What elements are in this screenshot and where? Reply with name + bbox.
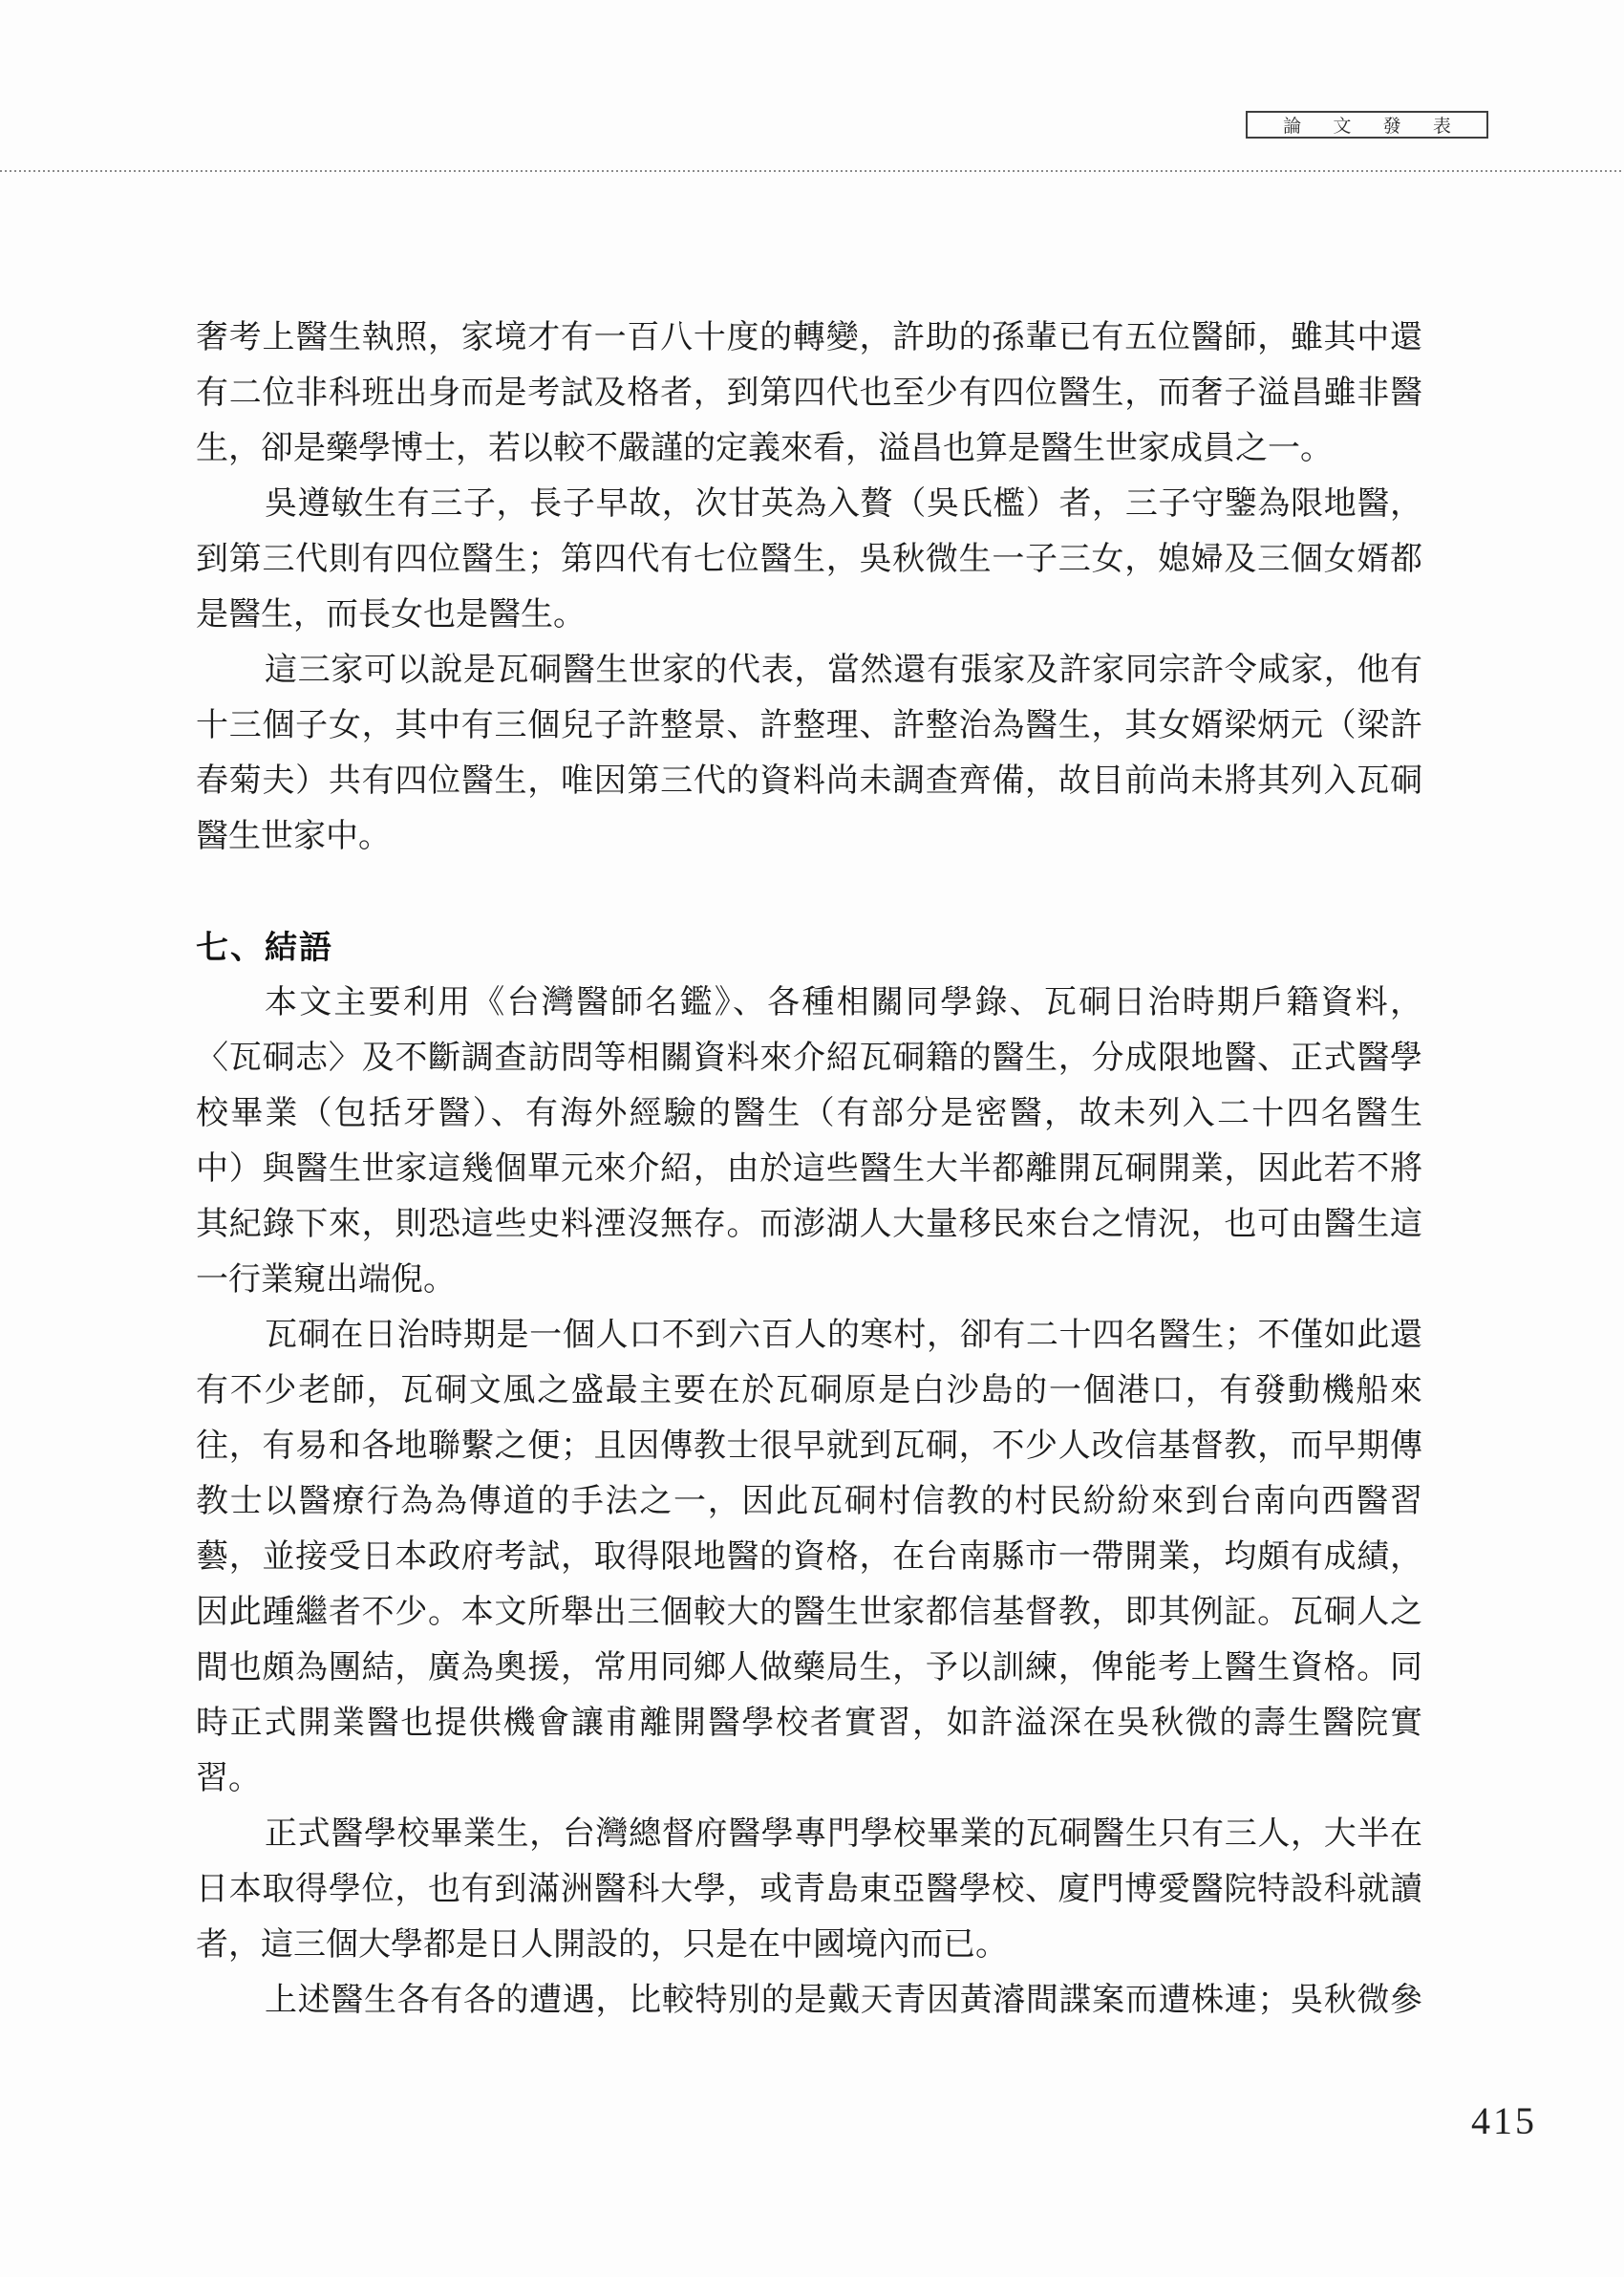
text-line: 有不少老師，瓦硐文風之盛最主要在於瓦硐原是白沙島的一個港口，有發動機船來 — [196, 1364, 1422, 1419]
text-line: 藝，並接受日本政府考試，取得限地醫的資格，在台南縣市一帶開業，均頗有成績， — [196, 1530, 1422, 1585]
header-divider — [0, 170, 1624, 172]
running-head-label: 論 文 發 表 — [1270, 112, 1464, 138]
text-line: 日本取得學位，也有到滿洲醫科大學，或青島東亞醫學校、廈門博愛醫院特設科就讀 — [196, 1862, 1422, 1918]
text-line: 往，有易和各地聯繫之便；且因傳教士很早就到瓦硐，不少人改信基督教，而早期傳 — [196, 1419, 1422, 1474]
text-line: 吳遵敏生有三子，長子早故，次甘英為入贅（吳氏檻）者，三子守鑒為限地醫， — [196, 477, 1422, 532]
text-line: 其紀錄下來，則恐這些史料湮沒無存。而澎湖人大量移民來台之情況，也可由醫生這 — [196, 1197, 1422, 1253]
text-line: 本文主要利用《台灣醫師名鑑》、各種相關同學錄、瓦硐日治時期戶籍資料， — [196, 976, 1422, 1031]
text-line: 上述醫生各有各的遭遇，比較特別的是戴天青因黃濬間諜案而遭株連；吳秋微參 — [196, 1973, 1422, 2029]
text-line: 習。 — [196, 1751, 1422, 1807]
text-line: 中）與醫生世家這幾個單元來介紹，由於這些醫生大半都離開瓦硐開業，因此若不將 — [196, 1142, 1422, 1197]
text-line: 瓦硐在日治時期是一個人口不到六百人的寒村，卻有二十四名醫生；不僅如此還 — [196, 1308, 1422, 1364]
page-body: 奢考上醫生執照，家境才有一百八十度的轉變，許助的孫輩已有五位醫師，雖其中還 有二… — [196, 311, 1422, 2029]
text-line: 者，這三個大學都是日人開設的，只是在中國境內而已。 — [196, 1918, 1422, 1973]
text-line: 〈瓦硐志〉及不斷調查訪問等相關資料來介紹瓦硐籍的醫生，分成限地醫、正式醫學 — [196, 1031, 1422, 1086]
text-line: 間也頗為團結，廣為奧援，常用同鄉人做藥局生，予以訓練，俾能考上醫生資格。同 — [196, 1641, 1422, 1696]
text-line: 校畢業（包括牙醫）、有海外經驗的醫生（有部分是密醫，故未列入二十四名醫生 — [196, 1086, 1422, 1142]
text-line: 到第三代則有四位醫生；第四代有七位醫生，吳秋微生一子三女，媳婦及三個女婿都 — [196, 532, 1422, 588]
text-line: 一行業窺出端倪。 — [196, 1253, 1422, 1308]
page-number: 415 — [1471, 2098, 1537, 2143]
text-line: 奢考上醫生執照，家境才有一百八十度的轉變，許助的孫輩已有五位醫師，雖其中還 — [196, 311, 1422, 366]
text-line: 教士以醫療行為為傳道的手法之一，因此瓦硐村信教的村民紛紛來到台南向西醫習 — [196, 1474, 1422, 1530]
text-line: 醫生世家中。 — [196, 809, 1422, 865]
text-line: 因此踵繼者不少。本文所舉出三個較大的醫生世家都信基督教，即其例証。瓦硐人之 — [196, 1585, 1422, 1641]
text-line: 時正式開業醫也提供機會讓甫離開醫學校者實習，如許溢深在吳秋微的壽生醫院實 — [196, 1696, 1422, 1751]
text-line: 春菊夫）共有四位醫生，唯因第三代的資料尚未調查齊備，故目前尚未將其列入瓦硐 — [196, 754, 1422, 809]
running-head-box: 論 文 發 表 — [1246, 111, 1488, 139]
text-line: 是醫生，而長女也是醫生。 — [196, 588, 1422, 643]
text-line: 正式醫學校畢業生，台灣總督府醫學專門學校畢業的瓦硐醫生只有三人，大半在 — [196, 1807, 1422, 1862]
text-line: 生，卻是藥學博士，若以較不嚴謹的定義來看，溢昌也算是醫生世家成員之一。 — [196, 421, 1422, 477]
text-line: 有二位非科班出身而是考試及格者，到第四代也至少有四位醫生，而奢子溢昌雖非醫 — [196, 366, 1422, 421]
document-page: 論 文 發 表 奢考上醫生執照，家境才有一百八十度的轉變，許助的孫輩已有五位醫師… — [0, 0, 1624, 2277]
section-heading: 七、結語 — [196, 920, 1422, 976]
text-line: 十三個子女，其中有三個兒子許整景、許整理、許整治為醫生，其女婿梁炳元（梁許 — [196, 698, 1422, 754]
text-line: 這三家可以說是瓦硐醫生世家的代表，當然還有張家及許家同宗許令咸家，他有 — [196, 643, 1422, 698]
